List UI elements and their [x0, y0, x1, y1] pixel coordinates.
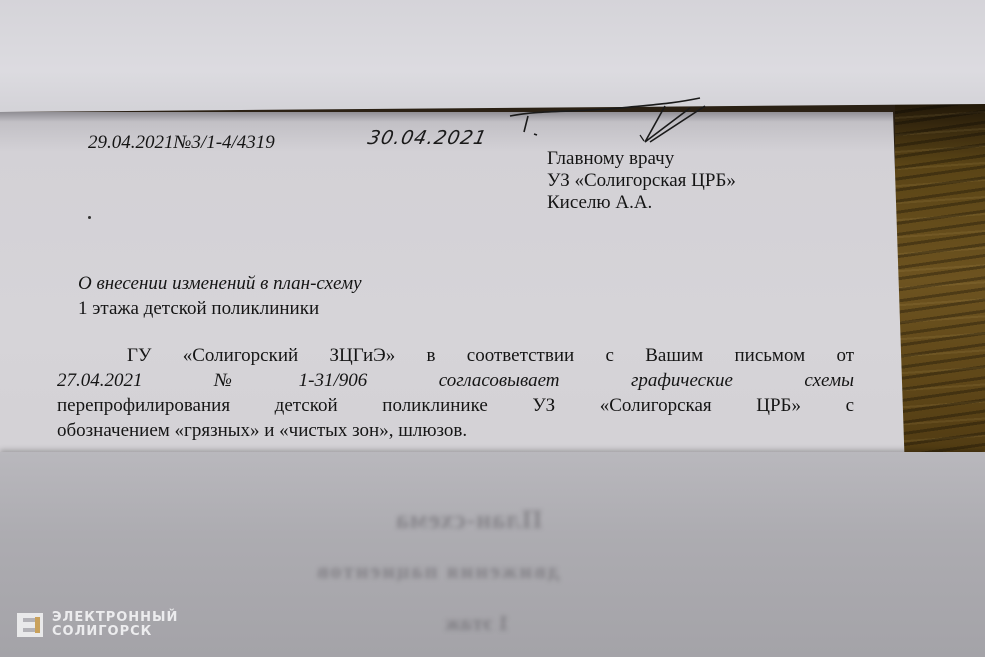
watermark-line1: ЭЛЕКТРОННЫЙ [52, 611, 178, 625]
body-line: 27.04.2021 №1-31/906 согласовывает графи… [57, 368, 854, 393]
show-through-text: План-схема [395, 505, 542, 535]
addressee-line: УЗ «Солигорская ЦРБ» [547, 170, 736, 192]
letter-body: ГУ «Солигорский ЗЦГиЭ» в соответствии с … [57, 343, 854, 443]
watermark-logo: ЭЛЕКТРОННЫЙ СОЛИГОРСК [17, 611, 178, 639]
body-line: ГУ «Солигорский ЗЦГиЭ» в соответствии с … [57, 343, 854, 368]
subject-line: 1 этажа детской поликлиники [78, 296, 362, 321]
addressee-line: Главному врачу [547, 148, 736, 170]
letter-subject: О внесении изменений в план-схему 1 этаж… [78, 271, 362, 321]
show-through-text: 1 этаж [445, 610, 509, 636]
watermark-text: ЭЛЕКТРОННЫЙ СОЛИГОРСК [52, 611, 178, 639]
watermark-line2: СОЛИГОРСК [52, 625, 178, 639]
addressee-line: Киселю А.А. [547, 192, 736, 214]
handwritten-date: 30.04.2021 [366, 127, 489, 149]
addressee-block: Главному врачу УЗ «Солигорская ЦРБ» Кисе… [547, 148, 736, 214]
electronic-soligorsk-logo-icon [17, 613, 43, 637]
show-through-text: движения пациентов [315, 558, 559, 584]
body-line: перепрофилирования детской поликлинике У… [57, 393, 854, 418]
top-paper-sheet [0, 0, 985, 118]
print-speck [88, 216, 91, 219]
registration-number: 29.04.2021№3/1-4/4319 [88, 132, 275, 154]
wooden-table-surface [895, 100, 985, 460]
body-line: обозначением «грязных» и «чистых зон», ш… [57, 418, 854, 443]
subject-line: О внесении изменений в план-схему [78, 271, 362, 296]
